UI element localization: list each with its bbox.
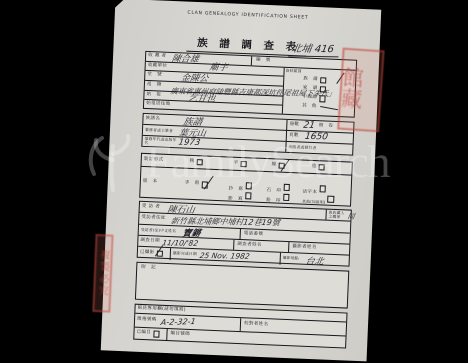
volumes-suffix: 冊 卷 — [318, 124, 333, 130]
category-item-label: 族 譜 — [303, 77, 318, 83]
category-item-label: 其 他 — [302, 105, 317, 111]
ancestor-label: 始 祖 — [144, 92, 172, 98]
edition-option-group: 石 印 鉛 印 — [266, 176, 290, 197]
pages-value: 1650 — [304, 132, 329, 142]
office-header: 館員專用欄(請勿填寫) — [135, 306, 186, 313]
surveyor-label: 調查者姓名 — [237, 243, 262, 249]
red-seal-right: 館藏 — [337, 48, 384, 133]
binding-option-label: 精 — [190, 159, 195, 164]
checkbox-photo-copied — [245, 192, 252, 199]
binding-option-label: 平 — [234, 161, 239, 166]
relation-value: 同 — [347, 212, 356, 222]
photographer-label: 攝影者姓名 — [292, 245, 317, 251]
edition-option-group: 活字本 其他(加說明) — [302, 178, 335, 199]
category-header: 資料類別 — [286, 69, 302, 74]
film-date-label: 攝影完成日期 — [173, 251, 197, 256]
checkbox-paperback — [240, 161, 247, 168]
filmed-label: 已攝影 — [138, 250, 155, 256]
edition-option: 手 寫 — [185, 181, 208, 188]
film-date-value: 25 Nov. 1982 — [199, 251, 250, 261]
volumes-value: 21 — [302, 121, 315, 131]
binding-option-label: 線 — [272, 163, 277, 168]
publisher-label: 出版者或發行者 — [285, 145, 318, 151]
film-number-label: 微捲號碼 — [135, 318, 161, 324]
checkbox-letterpress — [283, 194, 290, 201]
checkbox-clan-genealogy — [320, 77, 327, 84]
table-holder: 收 藏 者 陳合雄 編 號 收藏單位 廟宇 堂 號 金陳公 祖 籍 廣東省惠州府… — [143, 51, 357, 118]
seal-character: 館藏 — [340, 68, 381, 112]
edition-option-label: 其他(加說明) — [302, 199, 326, 205]
edition-label: 版 本 — [141, 179, 173, 185]
edition-option-group: 抄 寫 影 寫 — [228, 175, 252, 196]
table-title-compiler: 族譜名 族譜 纂修者或主筆者 葉元山 纂修年代或出版年代 1973 冊數 21 … — [141, 113, 354, 156]
film-number-value: A-2-32-1 — [160, 317, 196, 327]
hall-label: 堂 號 — [145, 73, 173, 79]
notes-label: 附 記 — [141, 266, 156, 272]
checker-label: 校對者姓名 — [244, 322, 269, 328]
form-paper: CLAN GENEALOGY IDENTIFICATION SHEET 族 譜 … — [101, 0, 382, 361]
english-header: CLAN GENEALOGY IDENTIFICATION SHEET — [115, 8, 381, 24]
edition-option-label: 手 寫 — [185, 181, 200, 187]
binding-option: 他 — [311, 164, 325, 171]
notes-box: 附 記 — [135, 262, 349, 309]
binding-option: 精 — [190, 159, 204, 166]
edition-option-label: 影 寫 — [228, 196, 243, 202]
chinese-name-value: 寶鏘 — [182, 225, 202, 238]
film-place-label: 攝影地點 — [283, 256, 301, 261]
year-value: 1973 — [178, 138, 201, 148]
title-label: 族譜名 — [143, 116, 171, 122]
edition-option-label: 鉛 印 — [266, 198, 281, 204]
film-place-value: 台北 — [305, 254, 325, 267]
cataloged-label: 已編目 — [134, 331, 151, 337]
table-row: 出版者或發行者 — [285, 142, 352, 155]
unit-label: 收藏單位 — [146, 63, 174, 69]
binding-option: 平 — [234, 160, 248, 167]
year-label: 纂修年代或出版年代 — [142, 136, 178, 146]
origin-label: 祖 籍 — [145, 83, 173, 89]
table-binding-edition: 裝訂形式 精 平 線 他 版 本 手 寫 — [139, 153, 353, 207]
scanned-document-photo: CLAN GENEALOGY IDENTIFICATION SHEET 族 譜 … — [0, 0, 468, 363]
pages-label: 頁數 — [286, 133, 299, 138]
ancestor-home-label: 始祖居住地 — [144, 101, 186, 108]
checkbox-other-edition — [327, 196, 334, 203]
compiler-label: 纂修者或主筆者 — [143, 128, 179, 134]
binding-option: 線 — [272, 162, 286, 169]
binding-option-label: 他 — [312, 164, 317, 169]
holder-label: 收 藏 者 — [146, 54, 172, 60]
address-label: 受訪者住址 — [139, 216, 171, 222]
interviewee-label: 受 訪 者 — [140, 204, 168, 210]
table-left-column: 收藏單位 廟宇 堂 號 金陳公 祖 籍 廣東省惠州府陸豐縣吉康都深坑徑尾祖屋下朱… — [144, 62, 285, 114]
binding-label: 裝訂形式 — [142, 157, 174, 163]
survey-date-value: 11/10/'82 — [162, 238, 199, 248]
other-line — [320, 106, 338, 110]
table-interview: 受 訪 者 陳石山 與收藏人之關係 同 受訪者住址 新竹縣北埔鄉中埔村12巷19… — [137, 201, 352, 267]
phone-label: 電話番號 — [244, 232, 264, 238]
catalog-number-label: 編目號碼 — [170, 332, 190, 338]
number-label: 編 號 — [256, 59, 271, 65]
volumes-label: 冊數 — [286, 122, 299, 127]
handwritten-locality-number: 北埔 416 — [288, 40, 341, 58]
relation-label: 與收藏人之關係 — [328, 211, 346, 220]
checkbox-other-binding — [318, 164, 325, 171]
unit-value: 廟宇 — [209, 60, 229, 73]
survey-date-label: 調查日期 — [138, 238, 162, 244]
red-seal-left: 複製必究 — [92, 234, 113, 313]
checkbox-hardcover — [196, 159, 203, 166]
checkbox-cataloged — [153, 331, 160, 338]
chinese-name-label: 受訪者(家)中文姓名 — [139, 228, 183, 234]
office-use-table: 館員專用欄(請勿填寫) 微捲號碼 A-2-32-1 校對者姓名 已編目 編目號碼 — [133, 304, 347, 349]
